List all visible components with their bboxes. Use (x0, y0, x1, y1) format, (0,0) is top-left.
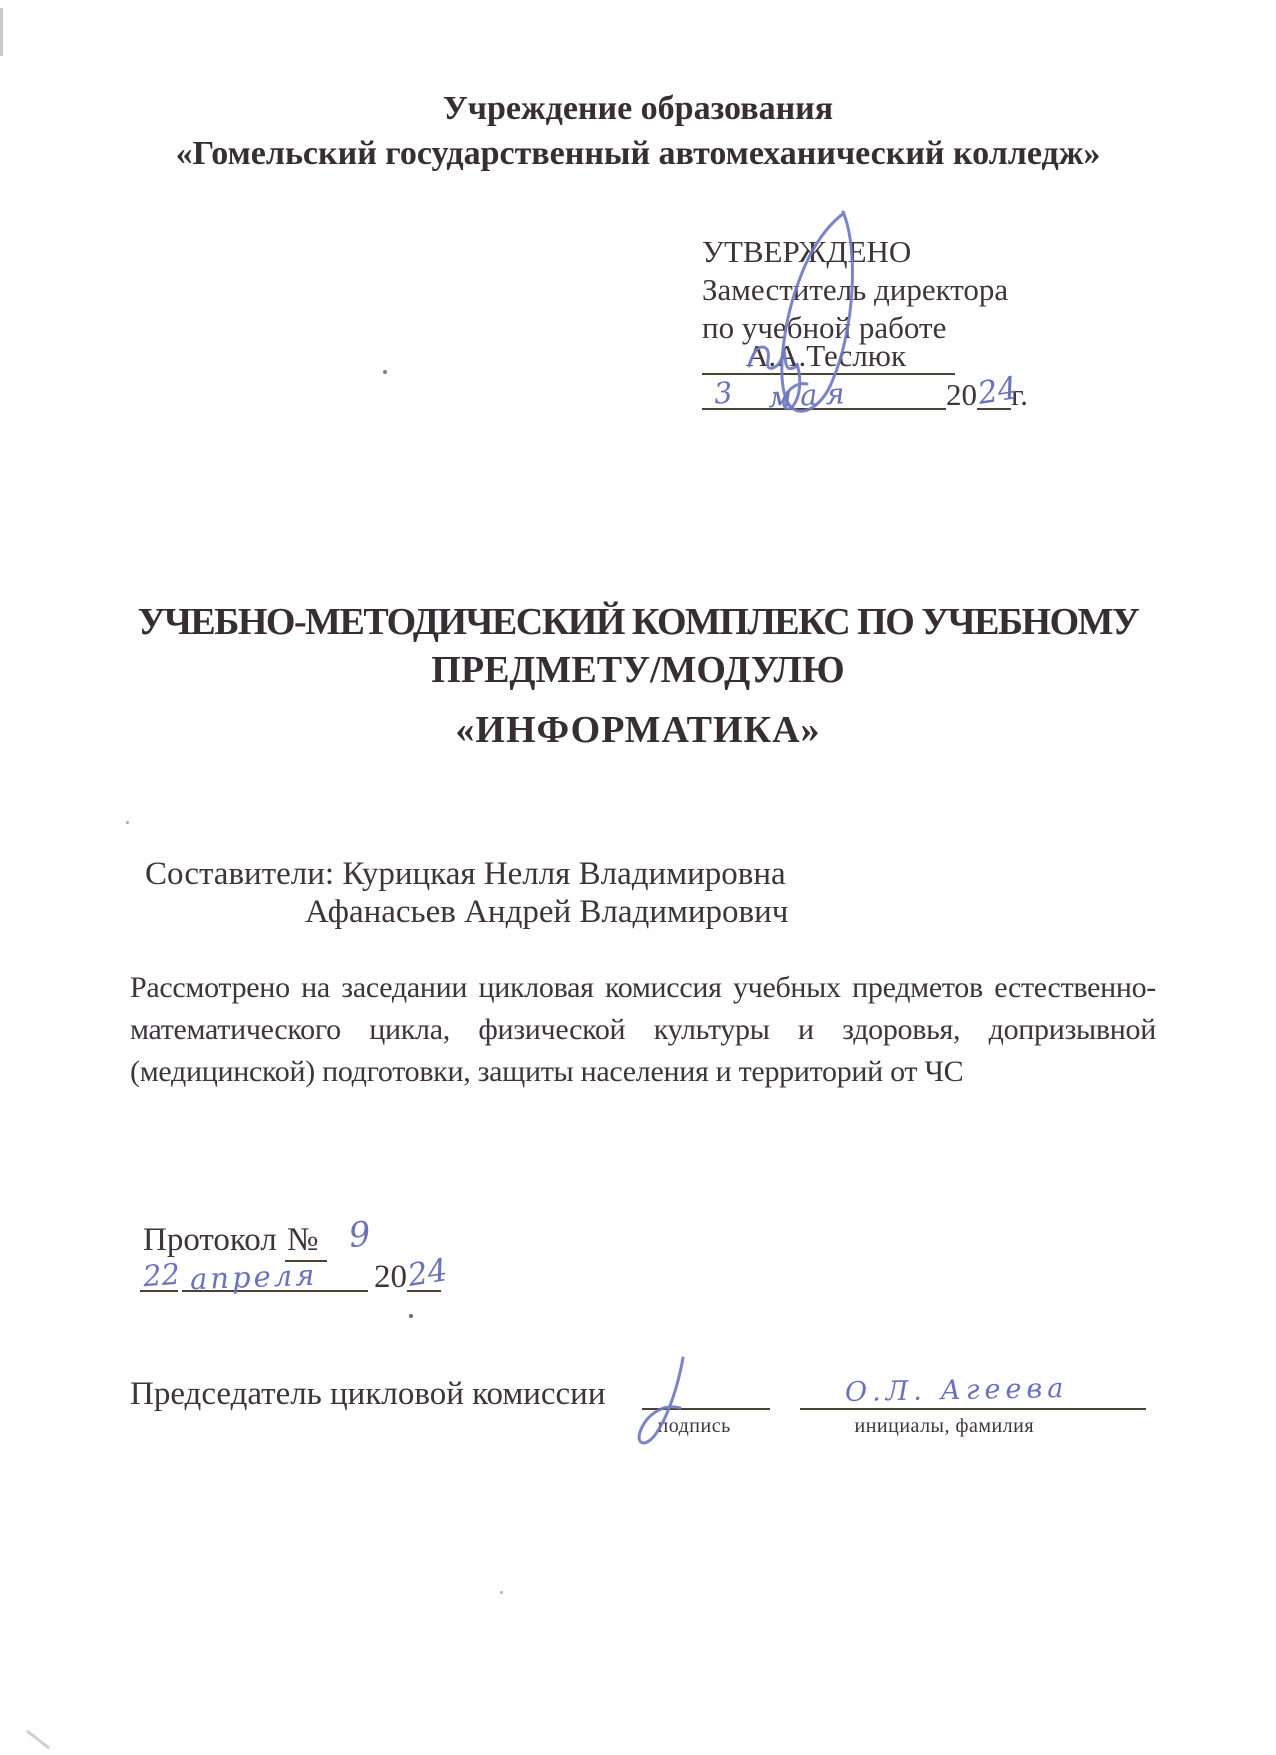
chairman-name-line: О.Л. Агеева инициалы, фамилия (800, 1378, 1146, 1410)
organization-name: «Гомельский государственный автомеханиче… (0, 131, 1276, 176)
approval-stamp: УТВЕРЖДЕНО (702, 235, 911, 269)
protocol-date-row: 22 апреля 20 24 (140, 1260, 441, 1292)
protocol-label: Протокол (143, 1222, 285, 1258)
scan-artifact-dot (500, 1591, 503, 1594)
protocol-month-blank: апреля (182, 1260, 368, 1292)
scan-corner-mark (26, 1730, 50, 1750)
authors-label: Составители: (145, 856, 342, 892)
organization-type: Учреждение образования (0, 86, 1276, 131)
scan-artifact-dot (383, 370, 387, 374)
considered-paragraph: Рассмотрено на заседании цикловая комисс… (130, 967, 1156, 1093)
scan-artifact-dot (126, 821, 129, 824)
approval-year-handwritten: 24 (976, 373, 1020, 409)
approval-year-blank: 24 (977, 376, 1011, 410)
protocol-year-handwritten: 24 (406, 1255, 450, 1291)
scan-artifact-dot (409, 1314, 413, 1318)
chairman-name-handwritten: О.Л. Агеева (844, 1373, 1068, 1408)
author-1: Курицкая Нелля Владимировна (342, 856, 785, 892)
document-page: Учреждение образования «Гомельский госуд… (0, 0, 1276, 1755)
scan-edge-mark (0, 8, 3, 56)
approver-signature-row: А.А.Теслюк (702, 341, 955, 375)
document-title-line1: УЧЕБНО-МЕТОДИЧЕСКИЙ КОМПЛЕКС ПО УЧЕБНОМУ (0, 600, 1276, 644)
protocol-row: Протокол №9 (143, 1222, 370, 1258)
protocol-day-handwritten: 22 (142, 1259, 181, 1292)
approver-position-line1: Заместитель директора (702, 273, 1008, 307)
chairman-signature-line: подпись (642, 1378, 770, 1410)
protocol-year-blank: 24 (407, 1260, 441, 1292)
considered-line2: математического цикла, физической культу… (130, 1009, 1156, 1051)
approval-date-blank: 3 мая (702, 376, 946, 410)
approval-year-century: 20 (946, 380, 977, 410)
chairman-row: Председатель цикловой комиссии подпись О… (130, 1378, 1146, 1410)
approval-day-handwritten: 3 (713, 377, 734, 408)
signature-caption: подпись (658, 1411, 731, 1442)
approver-name: А.А.Теслюк (746, 338, 906, 373)
authors-line1: Составители: Курицкая Нелля Владимировна (145, 855, 788, 893)
protocol-day-blank: 22 (140, 1260, 178, 1292)
considered-line3: (медицинской) подготовки, защиты населен… (130, 1051, 1156, 1093)
approval-date-row: 3 мая 20 24 г. (702, 376, 1028, 410)
subject-title: «ИНФОРМАТИКА» (0, 708, 1276, 752)
protocol-number-handwritten: 9 (347, 1217, 372, 1254)
authors-block: Составители: Курицкая Нелля Владимировна… (145, 855, 788, 931)
document-title-line2: ПРЕДМЕТУ/МОДУЛЮ (0, 648, 1276, 692)
protocol-month-handwritten: апреля (190, 1260, 318, 1294)
organization-header: Учреждение образования «Гомельский госуд… (0, 86, 1276, 176)
author-2: Афанасьев Андрей Владимирович (305, 893, 788, 931)
considered-line1: Рассмотрено на заседании цикловая комисс… (130, 967, 1156, 1009)
protocol-number-sign: № (285, 1222, 327, 1262)
chairman-label: Председатель цикловой комиссии (130, 1379, 606, 1410)
name-caption: инициалы, фамилия (855, 1411, 1035, 1442)
approval-month-handwritten: мая (767, 378, 853, 412)
protocol-year-century: 20 (374, 1262, 407, 1292)
